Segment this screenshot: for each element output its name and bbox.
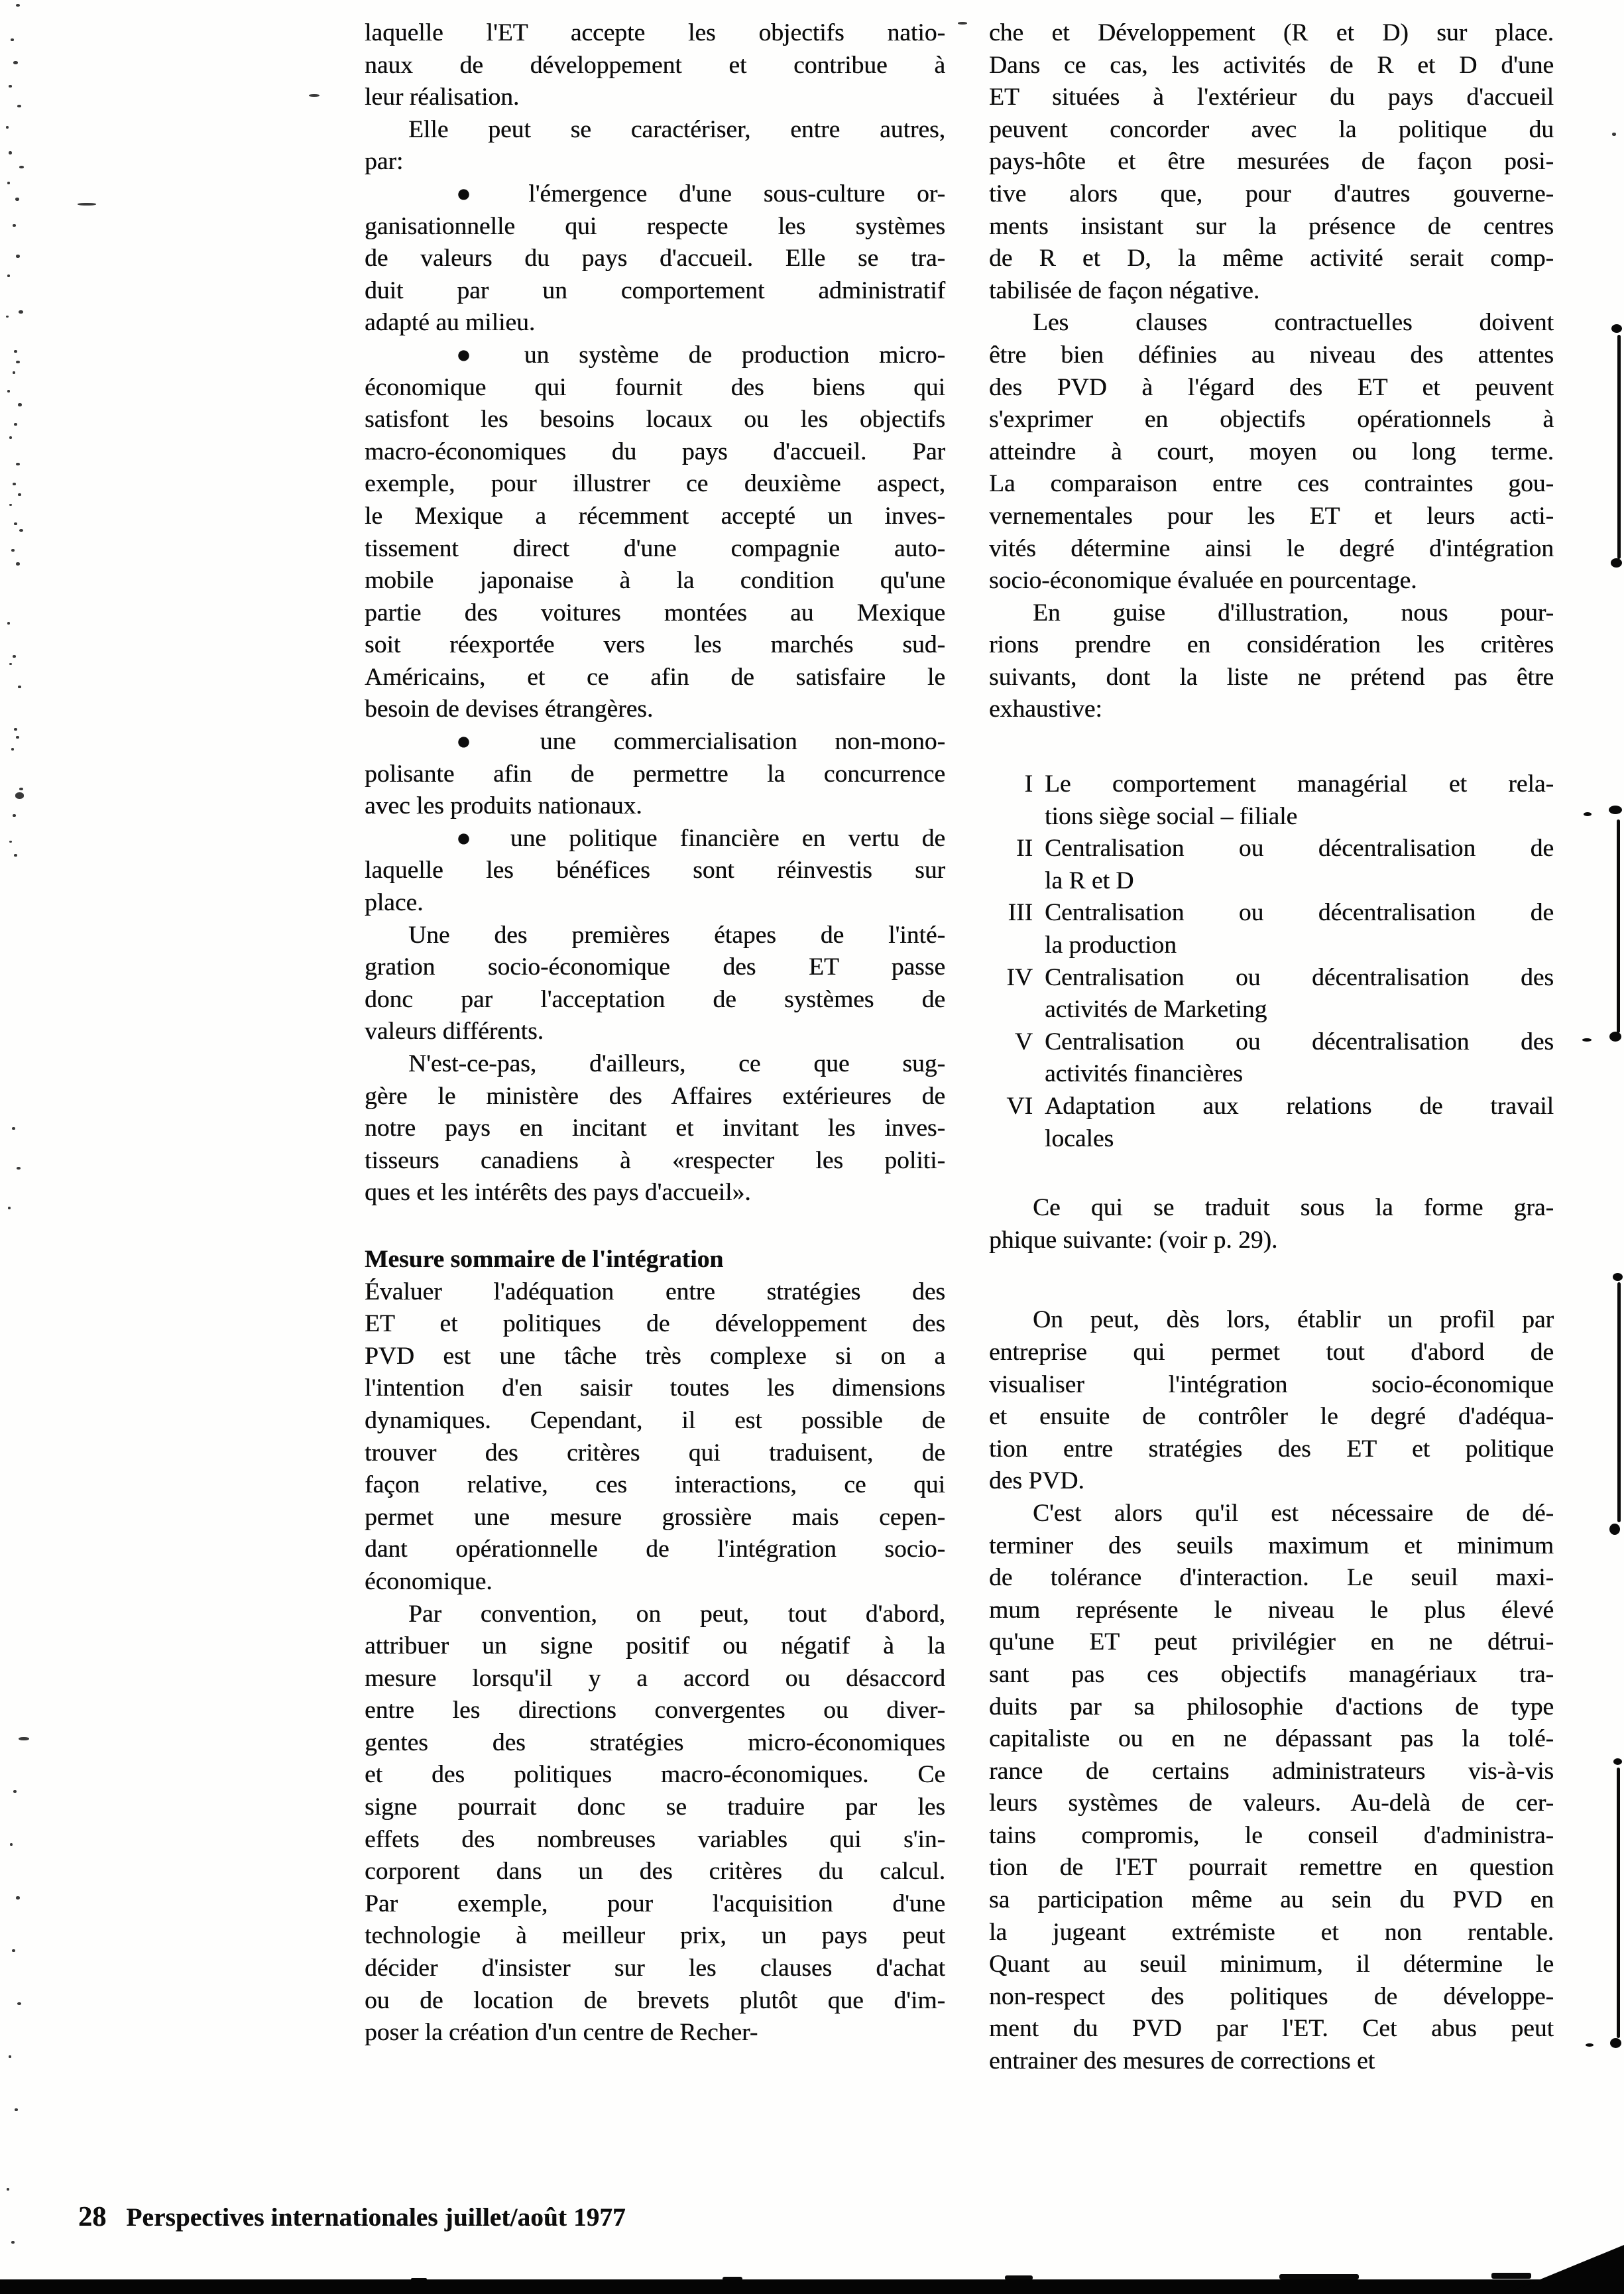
text-line: tissement direct d'une compagnie auto- <box>365 533 945 566</box>
left-column: laquelle l'ET accepte les objectifs nati… <box>365 17 945 2049</box>
text-line: exhaustive: <box>989 694 1554 726</box>
text-line: ou de location de brevets plutôt que d'i… <box>365 1985 945 2018</box>
scan-speck <box>17 105 21 107</box>
scan-edge-blob <box>1584 812 1592 816</box>
text-line: qu'une ET peut privilégier en ne détrui- <box>989 1626 1554 1659</box>
scan-speck <box>11 549 15 552</box>
paragraph: N'est-ce-pas, d'ailleurs, ce que sug-gèr… <box>365 1048 945 1209</box>
scan-speck <box>14 423 17 426</box>
text-line: Par convention, on peut, tout d'abord, <box>365 1599 945 1631</box>
text-line: Américains, et ce afin de satisfaire le <box>365 662 945 694</box>
scan-speck <box>6 126 9 129</box>
list-item: IVCentralisation ou décentralisation des… <box>989 962 1554 1026</box>
text-line: On peut, dès lors, établir un profil par <box>989 1304 1554 1337</box>
scan-edge-blob <box>1613 1273 1623 1281</box>
paragraph: Évaluer l'adéquation entre stratégies de… <box>365 1276 945 1599</box>
scan-speck <box>19 529 23 532</box>
scan-speck <box>9 2055 11 2058</box>
text-line: et des politiques macro-économiques. Ce <box>365 1759 945 1791</box>
paragraph: On peut, dès lors, établir un profil par… <box>989 1304 1554 1498</box>
list-line: ILe comportement managérial et rela- <box>989 768 1554 801</box>
scan-speck <box>13 655 16 658</box>
page-number: 28 <box>78 2202 106 2232</box>
scan-speck <box>14 728 17 731</box>
text-line: entrainer des mesures de corrections et <box>989 2045 1554 2078</box>
text-line: gentes des stratégies micro-économiques <box>365 1727 945 1760</box>
text-line: façon relative, ces interactions, ce qui <box>365 1469 945 1502</box>
scan-speck <box>16 736 19 739</box>
scan-speck <box>18 493 21 496</box>
text-line: dant opérationnelle de l'intégration soc… <box>365 1534 945 1566</box>
scan-speck <box>13 61 18 64</box>
text-line: signe pourrait donc se traduire par les <box>365 1791 945 1824</box>
text-line: poser la création d'un centre de Recher- <box>365 2017 945 2049</box>
text-line: tains compromis, le conseil d'administra… <box>989 1820 1554 1852</box>
scan-speck <box>15 198 19 201</box>
scan-speck <box>958 22 967 25</box>
text-line: l'intention d'en saisir toutes les dimen… <box>365 1372 945 1405</box>
list-line: IIICentralisation ou décentralisation de <box>989 897 1554 930</box>
text-line: Le comportement managérial et rela- <box>1045 768 1554 801</box>
scan-speck <box>16 463 20 465</box>
scan-speck <box>9 663 12 665</box>
text-line: de tolérance d'interaction. Le seuil max… <box>989 1562 1554 1595</box>
text-line: par: <box>365 146 945 178</box>
text-line: socio-économique évaluée en pourcentage. <box>989 565 1554 597</box>
text-line: suivants, dont la liste ne prétend pas ê… <box>989 662 1554 694</box>
scan-speck <box>1612 133 1616 136</box>
scan-speck <box>11 38 14 41</box>
text-line: rance de certains administrateurs vis-à-… <box>989 1756 1554 1788</box>
text-line: technologie à meilleur prix, un pays peu… <box>365 1920 945 1953</box>
text-line: macro-économiques du pays d'accueil. Par <box>365 436 945 469</box>
text-line: Dans ce cas, les activités de R et D d'u… <box>989 50 1554 82</box>
scan-speck <box>7 274 10 277</box>
scan-speck <box>9 151 12 154</box>
text-line: vités détermine ainsi le degré d'intégra… <box>989 533 1554 566</box>
text-line: économique. <box>365 1566 945 1599</box>
scan-speck <box>17 1167 21 1170</box>
text-line: Les clauses contractuelles doivent <box>989 307 1554 339</box>
scan-speck <box>18 403 22 406</box>
text-line: ET et politiques de développement des <box>365 1308 945 1341</box>
scan-speck <box>12 1127 15 1130</box>
text-line: En guise d'illustration, nous pour- <box>989 597 1554 630</box>
text-line: Quant au seuil minimum, il détermine le <box>989 1949 1554 1981</box>
text-line: duits par sa philosophie d'actions de ty… <box>989 1691 1554 1724</box>
text-line: naux de développement et contribue à <box>365 50 945 82</box>
text-line: de valeurs du pays d'accueil. Elle se tr… <box>365 243 945 275</box>
list-line: activités financières <box>989 1058 1554 1091</box>
text-line: attribuer un signe positif ou négatif à … <box>365 1630 945 1663</box>
text-line: gration socio-économique des ET passe <box>365 951 945 984</box>
journal-title: Perspectives internationales juillet/aoû… <box>126 2203 625 2232</box>
text-line: capitaliste ou en ne dépassant pas la to… <box>989 1723 1554 1756</box>
list-line: IVCentralisation ou décentralisation des <box>989 962 1554 995</box>
list-numeral: VI <box>989 1091 1045 1123</box>
text-line: tions siège social – filiale <box>1045 801 1554 833</box>
text-line: notre pays en incitant et invitant les i… <box>365 1113 945 1145</box>
list-item: IIICentralisation ou décentralisation de… <box>989 897 1554 961</box>
text-line: Une des premières étapes de l'inté- <box>365 920 945 952</box>
text-line: laquelle les bénéfices sont réinvestis s… <box>365 855 945 887</box>
text-line: Centralisation ou décentralisation des <box>1045 962 1554 995</box>
text-line: et ensuite de contrôler le degré d'adéqu… <box>989 1401 1554 1433</box>
text-line: partie des voitures montées au Mexique <box>365 597 945 630</box>
list-line: la production <box>989 930 1554 962</box>
bullet-paragraph: ● l'émergence d'une sous-culture or-gani… <box>365 178 945 339</box>
section-heading: Mesure sommaire de l'intégration <box>365 1244 945 1276</box>
text-line: atteindre à court, moyen ou long terme. <box>989 436 1554 469</box>
scan-speck <box>11 748 14 751</box>
scan-speck <box>7 622 10 625</box>
scan-speck <box>19 1737 29 1740</box>
list-line: VIAdaptation aux relations de travail <box>989 1091 1554 1123</box>
paragraph: Les clauses contractuelles doiventêtre b… <box>989 307 1554 597</box>
text-line: mobile japonaise à la condition qu'une <box>365 565 945 597</box>
scan-speck <box>14 350 17 353</box>
scan-edge-blob <box>1609 806 1622 814</box>
scan-speck <box>19 166 24 168</box>
list-numeral <box>989 801 1045 833</box>
scan-edge-blob <box>1611 324 1622 333</box>
scan-speck <box>10 1843 13 1846</box>
text-line: polisante afin de permettre la concurren… <box>365 758 945 791</box>
scan-edge-line <box>1617 819 1620 1033</box>
text-line: Par exemple, pour l'acquisition d'une <box>365 1888 945 1921</box>
paragraph: Ce qui se traduit sous la forme gra-phiq… <box>989 1192 1554 1256</box>
text-line: C'est alors qu'il est nécessaire de dé- <box>989 1498 1554 1530</box>
text-line: Centralisation ou décentralisation de <box>1045 833 1554 865</box>
text-line: le Mexique a récemment accepté un inves- <box>365 501 945 533</box>
scan-speck <box>19 310 23 314</box>
text-line: ments insistant sur la présence de centr… <box>989 211 1554 243</box>
list-numeral: I <box>989 768 1045 801</box>
text-line: permet une mesure grossière mais cepen- <box>365 1502 945 1534</box>
text-line: Adaptation aux relations de travail <box>1045 1091 1554 1123</box>
text-line: entreprise qui permet tout d'abord de <box>989 1337 1554 1369</box>
scan-speck <box>13 224 16 227</box>
paragraph: Une des premières étapes de l'inté-grati… <box>365 920 945 1048</box>
text-line: être bien définies au niveau des attente… <box>989 339 1554 372</box>
scan-speck <box>13 371 15 374</box>
text-line: décider d'insister sur les clauses d'ach… <box>365 1953 945 1985</box>
scan-edge-blob <box>1582 1038 1592 1042</box>
scan-bar-bump <box>1491 2273 1531 2279</box>
scan-speck <box>7 2188 9 2191</box>
page-footer: 28Perspectives internationales juillet/a… <box>78 2201 626 2233</box>
text-line: La comparaison entre ces contraintes gou… <box>989 468 1554 501</box>
text-line: N'est-ce-pas, d'ailleurs, ce que sug- <box>365 1048 945 1081</box>
text-line: mesure lorsqu'il y a accord ou désaccord <box>365 1663 945 1695</box>
scan-speck <box>7 182 10 184</box>
scan-speck <box>540 639 543 642</box>
scan-speck <box>13 1790 17 1793</box>
paragraph: laquelle l'ET accepte les objectifs nati… <box>365 17 945 114</box>
scan-speck <box>309 94 319 97</box>
scan-speck <box>19 788 23 790</box>
list-item: ILe comportement managérial et rela-tion… <box>989 768 1554 833</box>
text-line: leurs systèmes de valeurs. Au-delà de ce… <box>989 1787 1554 1820</box>
list-line: VCentralisation ou décentralisation des <box>989 1026 1554 1059</box>
text-line: ET situées à l'extérieur du pays d'accue… <box>989 82 1554 114</box>
text-line: valeurs différents. <box>365 1016 945 1048</box>
scan-speck <box>17 2002 21 2005</box>
list-numeral <box>989 994 1045 1026</box>
text-line: mum représente le niveau le plus élevé <box>989 1595 1554 1627</box>
list-numeral: V <box>989 1026 1045 1059</box>
paragraph: Elle peut se caractériser, entre autres,… <box>365 114 945 178</box>
text-line: des PVD. <box>989 1465 1554 1498</box>
text-line: des PVD à l'égard des ET et peuvent <box>989 372 1554 404</box>
scan-speck <box>9 841 12 843</box>
scan-speck <box>15 2108 18 2111</box>
list-item: VCentralisation ou décentralisation desa… <box>989 1026 1554 1091</box>
text-line: la production <box>1045 930 1554 962</box>
text-line: tisseurs canadiens à «respecter les poli… <box>365 1145 945 1177</box>
scan-edge-line <box>1617 335 1621 559</box>
scan-edge-bar <box>0 2279 1624 2294</box>
scan-speck <box>16 255 20 258</box>
text-line: tion entre stratégies des ET et politiqu… <box>989 1433 1554 1466</box>
text-line: ment du PVD par l'ET. Cet abus peut <box>989 2013 1554 2045</box>
text-line: donc par l'acceptation de systèmes de <box>365 984 945 1016</box>
text-line: Centralisation ou décentralisation de <box>1045 897 1554 930</box>
text-line: ● une commercialisation non-mono- <box>365 726 945 758</box>
scan-speck <box>11 2241 15 2244</box>
bullet-paragraph: ● un système de production micro-économi… <box>365 339 945 726</box>
text-line: PVD est une tâche très complexe si on a <box>365 1341 945 1373</box>
scan-speck <box>16 4 20 7</box>
list-numeral <box>989 865 1045 898</box>
scan-speck <box>9 504 12 506</box>
list-line: activités de Marketing <box>989 994 1554 1026</box>
bullet-paragraph: ● une politique financière en vertu dela… <box>365 823 945 920</box>
text-line: terminer des seuils maximum et minimum <box>989 1530 1554 1563</box>
text-line: visualiser l'intégration socio-économiqu… <box>989 1369 1554 1402</box>
list-numeral: III <box>989 897 1045 930</box>
list-numeral <box>989 1058 1045 1091</box>
text-line: adapté au milieu. <box>365 307 945 339</box>
scan-speck <box>16 1896 20 1900</box>
list-line: locales <box>989 1123 1554 1156</box>
text-line: gère le ministère des Affaires extérieur… <box>365 1081 945 1113</box>
scan-edge-blob <box>1609 1032 1621 1042</box>
text-line: activités financières <box>1045 1058 1554 1091</box>
paragraph: C'est alors qu'il est nécessaire de dé-t… <box>989 1498 1554 2078</box>
text-line: besoin de devises étrangères. <box>365 694 945 726</box>
text-line: ganisationnelle qui respecte les système… <box>365 211 945 243</box>
scan-edge-blob <box>1611 558 1622 568</box>
text-line: locales <box>1045 1123 1554 1156</box>
text-line: Ce qui se traduit sous la forme gra- <box>989 1192 1554 1225</box>
list-numeral <box>989 1123 1045 1156</box>
text-line: trouver des critères qui traduisent, de <box>365 1437 945 1470</box>
scan-edge-blob <box>1613 1758 1622 1765</box>
text-line: la R et D <box>1045 865 1554 898</box>
text-line: rions prendre en considération les critè… <box>989 629 1554 662</box>
scan-speck <box>9 85 12 88</box>
text-line: Elle peut se caractériser, entre autres, <box>365 114 945 147</box>
text-line: ● une politique financière en vertu de <box>365 823 945 855</box>
scan-speck <box>16 562 20 566</box>
scan-speck <box>6 316 9 318</box>
scan-speck <box>14 854 17 857</box>
text-line: économique qui fournit des biens qui <box>365 372 945 404</box>
criteria-list: ILe comportement managérial et rela-tion… <box>989 768 1554 1155</box>
text-line: tive alors que, pour d'autres gouverne- <box>989 178 1554 211</box>
text-line: s'exprimer en objectifs opérationnels à <box>989 404 1554 436</box>
scan-speck <box>8 1207 11 1209</box>
scan-bar-bump <box>1279 2274 1359 2279</box>
text-line: che et Développement (R et D) sur place. <box>989 17 1554 50</box>
list-item: VIAdaptation aux relations de travailloc… <box>989 1091 1554 1155</box>
scan-speck <box>15 792 24 799</box>
scan-speck <box>9 436 12 439</box>
text-line: satisfont les besoins locaux ou les obje… <box>365 404 945 436</box>
paragraph: En guise d'illustration, nous pour-rions… <box>989 597 1554 726</box>
text-line: sa participation même au sein du PVD en <box>989 1884 1554 1917</box>
text-line: de R et D, la même activité serait comp- <box>989 243 1554 275</box>
text-line: ● l'émergence d'une sous-culture or- <box>365 178 945 211</box>
text-line: activités de Marketing <box>1045 994 1554 1026</box>
list-line: IICentralisation ou décentralisation de <box>989 833 1554 865</box>
paragraph: Par convention, on peut, tout d'abord,at… <box>365 1599 945 2049</box>
scan-edge-blob <box>1586 2043 1594 2047</box>
text-line: avec les produits nationaux. <box>365 790 945 823</box>
text-line: place. <box>365 887 945 920</box>
scan-speck <box>12 1949 15 1952</box>
right-column: che et Développement (R et D) sur place.… <box>989 17 1554 2078</box>
scan-speck <box>13 483 16 485</box>
text-line: corporent dans un des critères du calcul… <box>365 1856 945 1888</box>
list-line: la R et D <box>989 865 1554 898</box>
scan-edge-line <box>1617 1282 1621 1522</box>
scan-speck <box>78 203 96 206</box>
text-line: phique suivante: (voir p. 29). <box>989 1225 1554 1257</box>
text-line: non-respect des politiques de développe- <box>989 1981 1554 2014</box>
scan-edge-line <box>1617 1768 1620 2038</box>
scan-speck <box>16 361 20 363</box>
scan-speck <box>18 686 21 688</box>
scan-edge-blob <box>1609 1524 1620 1535</box>
text-line: leur réalisation. <box>365 82 945 114</box>
text-line: ques et les intérêts des pays d'accueil»… <box>365 1177 945 1209</box>
text-line: dynamiques. Cependant, il est possible d… <box>365 1405 945 1437</box>
text-line: Centralisation ou décentralisation des <box>1045 1026 1554 1059</box>
text-line: Évaluer l'adéquation entre stratégies de… <box>365 1276 945 1309</box>
text-line: sant pas ces objectifs managériaux tra- <box>989 1659 1554 1691</box>
list-line: tions siège social – filiale <box>989 801 1554 833</box>
text-line: ● un système de production micro- <box>365 339 945 372</box>
scan-edge-blob <box>1610 2038 1621 2048</box>
text-line: pays-hôte et être mesurées de façon posi… <box>989 146 1554 178</box>
bullet-paragraph: ● une commercialisation non-mono-polisan… <box>365 726 945 823</box>
text-line: la jugeant extrémiste et non rentable. <box>989 1917 1554 1949</box>
scan-speck <box>7 390 10 392</box>
text-line: vernementales pour les ET et leurs acti- <box>989 501 1554 533</box>
scanned-page: laquelle l'ET accepte les objectifs nati… <box>0 0 1624 2294</box>
text-line: Mesure sommaire de l'intégration <box>365 1244 945 1276</box>
list-numeral <box>989 930 1045 962</box>
scan-speck <box>14 522 17 525</box>
text-line: tion de l'ET pourrait remettre en questi… <box>989 1852 1554 1884</box>
scan-speck <box>13 814 16 817</box>
list-item: IICentralisation ou décentralisation del… <box>989 833 1554 897</box>
text-line: duit par un comportement administratif <box>365 275 945 308</box>
text-line: tabilisée de façon négative. <box>989 275 1554 308</box>
text-line: laquelle l'ET accepte les objectifs nati… <box>365 17 945 50</box>
paragraph: che et Développement (R et D) sur place.… <box>989 17 1554 307</box>
text-line: entre les directions convergentes ou div… <box>365 1695 945 1727</box>
list-numeral: II <box>989 833 1045 865</box>
text-line: soit réexportée vers les marchés sud- <box>365 629 945 662</box>
list-numeral: IV <box>989 962 1045 995</box>
text-line: exemple, pour illustrer ce deuxième aspe… <box>365 468 945 501</box>
text-line: peuvent concorder avec la politique du <box>989 114 1554 147</box>
text-line: effets des nombreuses variables qui s'in… <box>365 1824 945 1856</box>
